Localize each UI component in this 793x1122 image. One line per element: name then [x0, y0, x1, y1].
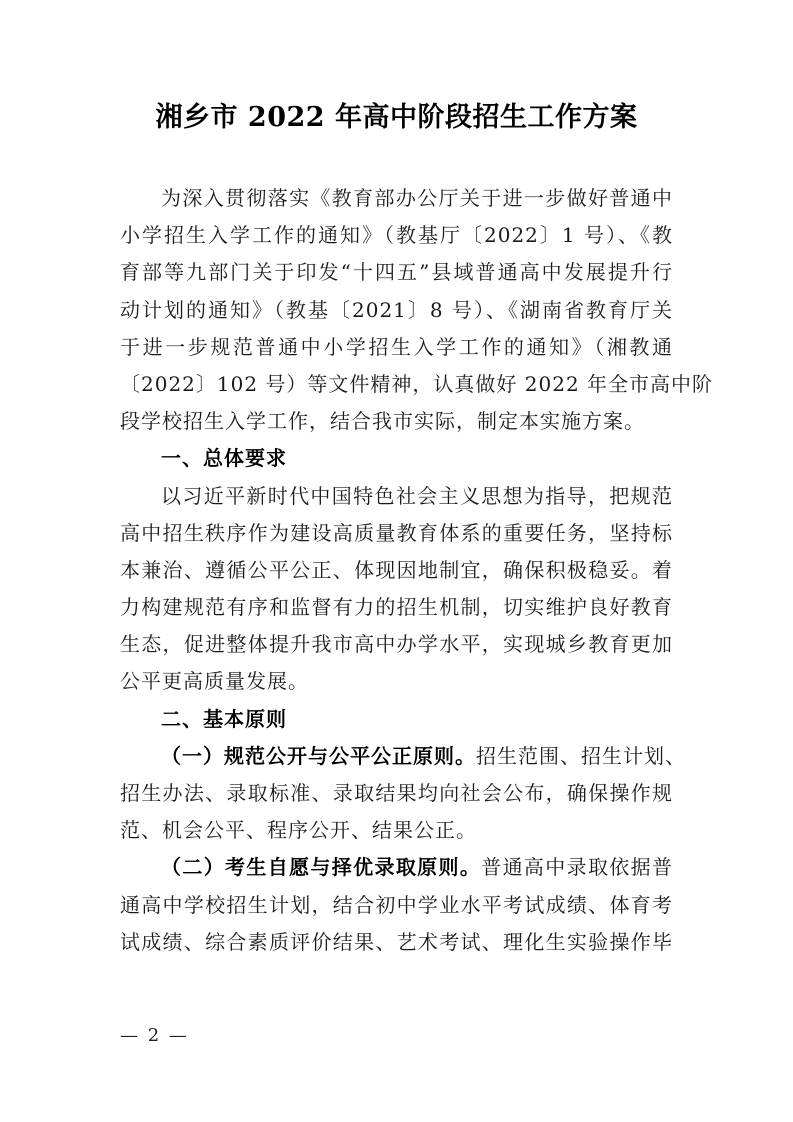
intro-paragraph: 为深入贯彻落实《教育部办公厅关于进一步做好普通中 小学招生入学工作的通知》（教基…	[120, 180, 673, 440]
text-line: 范、机会公平、程序公开、结果公正。	[120, 812, 673, 849]
text-line: 本兼治、遵循公平公正、体现因地制宜，确保积极稳妥。着	[120, 552, 673, 589]
document-body: 为深入贯彻落实《教育部办公厅关于进一步做好普通中 小学招生入学工作的通知》（教基…	[120, 180, 673, 961]
text-line: （一）规范公开与公平公正原则。招生范围、招生计划、	[120, 738, 673, 775]
text-line: 公平更高质量发展。	[120, 663, 673, 700]
text-line: 通高中学校招生计划，结合初中学业水平考试成绩、体育考	[120, 887, 673, 924]
text-line: 段学校招生入学工作，结合我市实际，制定本实施方案。	[120, 403, 673, 440]
principle-1-title: （一）规范公开与公平公正原则。	[161, 744, 476, 768]
principle-2-text: 普通高中录取依据普	[481, 855, 673, 879]
text-line: 于进一步规范普通中小学招生入学工作的通知》（湘教通	[120, 329, 673, 366]
document-page: 湘乡市 2022 年高中阶段招生工作方案 为深入贯彻落实《教育部办公厅关于进一步…	[0, 0, 793, 1122]
principle-1-paragraph: （一）规范公开与公平公正原则。招生范围、招生计划、 招生办法、录取标准、录取结果…	[120, 738, 673, 850]
text-line: 〔2022〕102 号）等文件精神，认真做好 2022 年全市高中阶	[120, 366, 673, 403]
text-line: 高中招生秩序作为建设高质量教育体系的重要任务，坚持标	[120, 515, 673, 552]
text-line: 动计划的通知》（教基〔2021〕8 号）、《湖南省教育厅关	[120, 292, 673, 329]
section-heading-general-requirements: 一、总体要求	[120, 440, 673, 477]
section-heading-basic-principles: 二、基本原则	[120, 701, 673, 738]
text-line: 力构建规范有序和监督有力的招生机制，切实维护良好教育	[120, 589, 673, 626]
principle-2-title: （二）考生自愿与择优录取原则。	[161, 855, 481, 879]
text-line: 招生办法、录取标准、录取结果均向社会公布，确保操作规	[120, 775, 673, 812]
page-number: — 2 —	[120, 1025, 189, 1046]
text-line: 以习近平新时代中国特色社会主义思想为指导，把规范	[120, 478, 673, 515]
text-line: 生态，促进整体提升我市高中办学水平，实现城乡教育更加	[120, 626, 673, 663]
text-line: （二）考生自愿与择优录取原则。普通高中录取依据普	[120, 849, 673, 886]
text-line: 小学招生入学工作的通知》（教基厅〔2022〕1 号）、《教	[120, 217, 673, 254]
text-line: 育部等九部门关于印发“十四五”县域普通高中发展提升行	[120, 254, 673, 291]
text-line: 试成绩、综合素质评价结果、艺术考试、理化生实验操作毕	[120, 924, 673, 961]
document-title: 湘乡市 2022 年高中阶段招生工作方案	[0, 98, 793, 138]
principle-1-text: 招生范围、招生计划、	[476, 744, 686, 768]
principle-2-paragraph: （二）考生自愿与择优录取原则。普通高中录取依据普 通高中学校招生计划，结合初中学…	[120, 849, 673, 961]
general-requirements-paragraph: 以习近平新时代中国特色社会主义思想为指导，把规范 高中招生秩序作为建设高质量教育…	[120, 478, 673, 701]
text-line: 为深入贯彻落实《教育部办公厅关于进一步做好普通中	[120, 180, 673, 217]
